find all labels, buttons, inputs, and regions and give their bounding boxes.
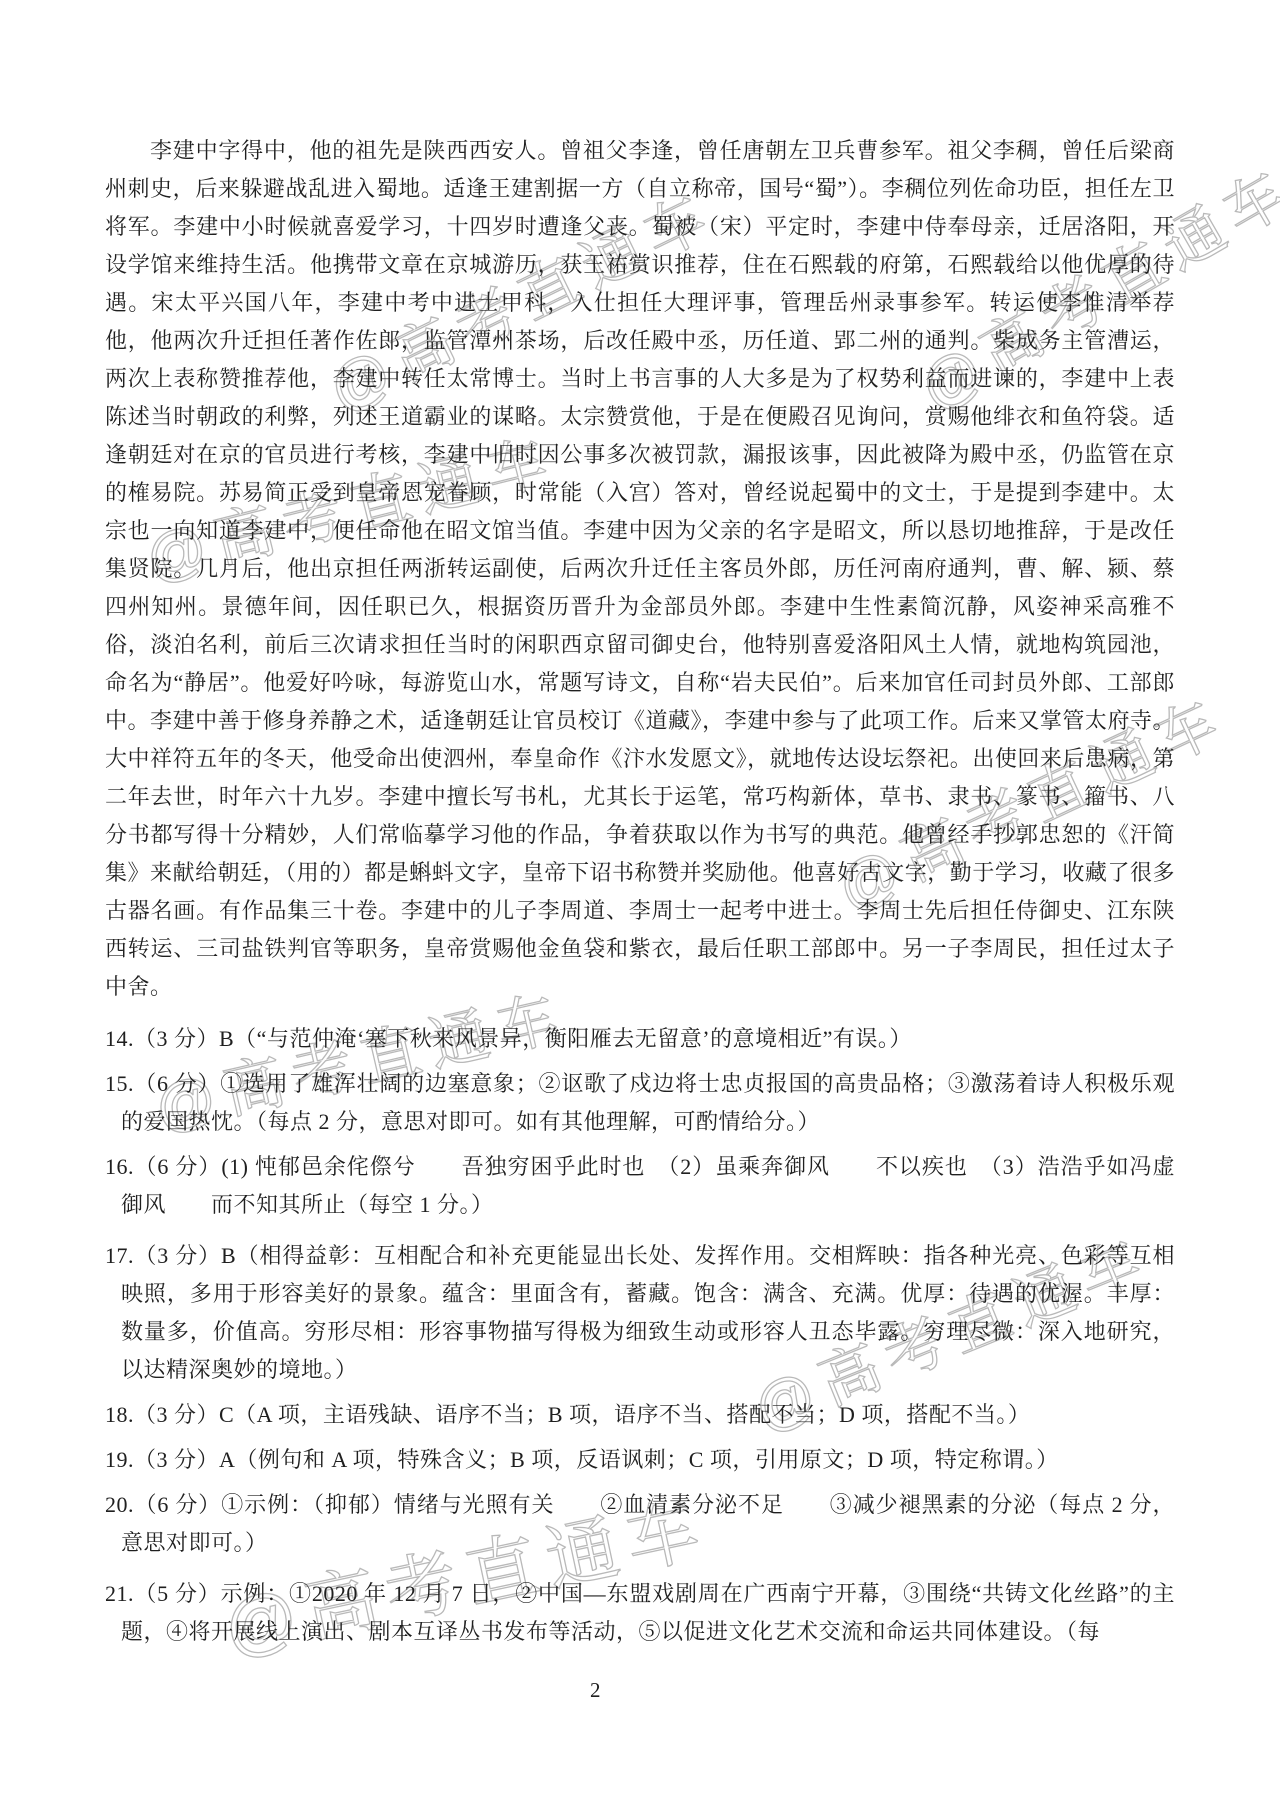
document-page: @高考直通车 @高考直通车 @高考直通车 @高考直通车 @高考直通车 @高考直通… <box>0 0 1280 1811</box>
answer-item-20: 20.（6 分）①示例：（抑郁）情绪与光照有关 ②血清素分泌不足 ③减少褪黑素的… <box>105 1486 1175 1562</box>
answer-item-16: 16.（6 分）(1) 忳郁邑余侘傺兮 吾独穷困乎此时也 （2）虽乘奔御风 不以… <box>105 1148 1175 1224</box>
passage-translation: 李建中字得中，他的祖先是陕西西安人。曾祖父李逢，曾任唐朝左卫兵曹参军。祖父李稠，… <box>105 132 1175 1006</box>
answer-item-14: 14.（3 分）B（“与范仲淹‘塞下秋来风景异，衡阳雁去无留意’的意境相近”有误… <box>105 1020 1175 1058</box>
answer-item-19: 19.（3 分）A（例句和 A 项，特殊含义；B 项，反语讽刺；C 项，引用原文… <box>105 1441 1175 1479</box>
answer-item-21: 21.（5 分）示例：①2020 年 12 月 7 日，②中国—东盟戏剧周在广西… <box>105 1575 1175 1651</box>
answer-item-15: 15.（6 分）①选用了雄浑壮阔的边塞意象；②讴歌了戍边将士忠贞报国的高贵品格；… <box>105 1065 1175 1141</box>
page-number: 2 <box>590 1678 601 1703</box>
answer-item-18: 18.（3 分）C（A 项，主语残缺、语序不当；B 项，语序不当、搭配不当；D … <box>105 1396 1175 1434</box>
text-block: 李建中字得中，他的祖先是陕西西安人。曾祖父李逢，曾任唐朝左卫兵曹参军。祖父李稠，… <box>105 132 1175 1651</box>
answer-item-17: 17.（3 分）B（相得益彰：互相配合和补充更能显出长处、发挥作用。交相辉映：指… <box>105 1237 1175 1389</box>
answer-key-list: 14.（3 分）B（“与范仲淹‘塞下秋来风景异，衡阳雁去无留意’的意境相近”有误… <box>105 1020 1175 1651</box>
